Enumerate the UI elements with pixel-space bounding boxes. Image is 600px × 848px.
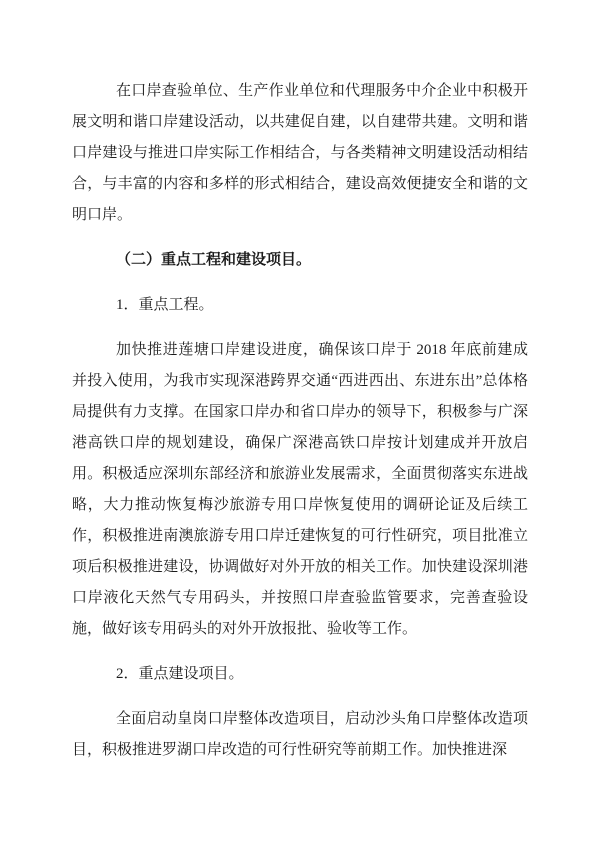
body-paragraph: 加快推进莲塘口岸建设进度，确保该口岸于 2018 年底前建成并投入使用，为我市实…	[72, 335, 528, 645]
heading-paragraph: （二）重点工程和建设项目。	[72, 245, 528, 276]
subheading-paragraph: 1．重点工程。	[72, 290, 528, 321]
document-viewer: { "page": { "background": "#ffffff", "te…	[0, 0, 600, 848]
paragraph-list: 在口岸查验单位、生产作业单位和代理服务中介企业中积极开展文明和谐口岸建设活动，以…	[72, 76, 528, 766]
document-page: 在口岸查验单位、生产作业单位和代理服务中介企业中积极开展文明和谐口岸建设活动，以…	[0, 0, 600, 848]
body-paragraph: 全面启动皇岗口岸整体改造项目，启动沙头角口岸整体改造项目，积极推进罗湖口岸改造的…	[72, 704, 528, 766]
body-paragraph: 在口岸查验单位、生产作业单位和代理服务中介企业中积极开展文明和谐口岸建设活动，以…	[72, 76, 528, 231]
subheading-paragraph: 2．重点建设项目。	[72, 659, 528, 690]
